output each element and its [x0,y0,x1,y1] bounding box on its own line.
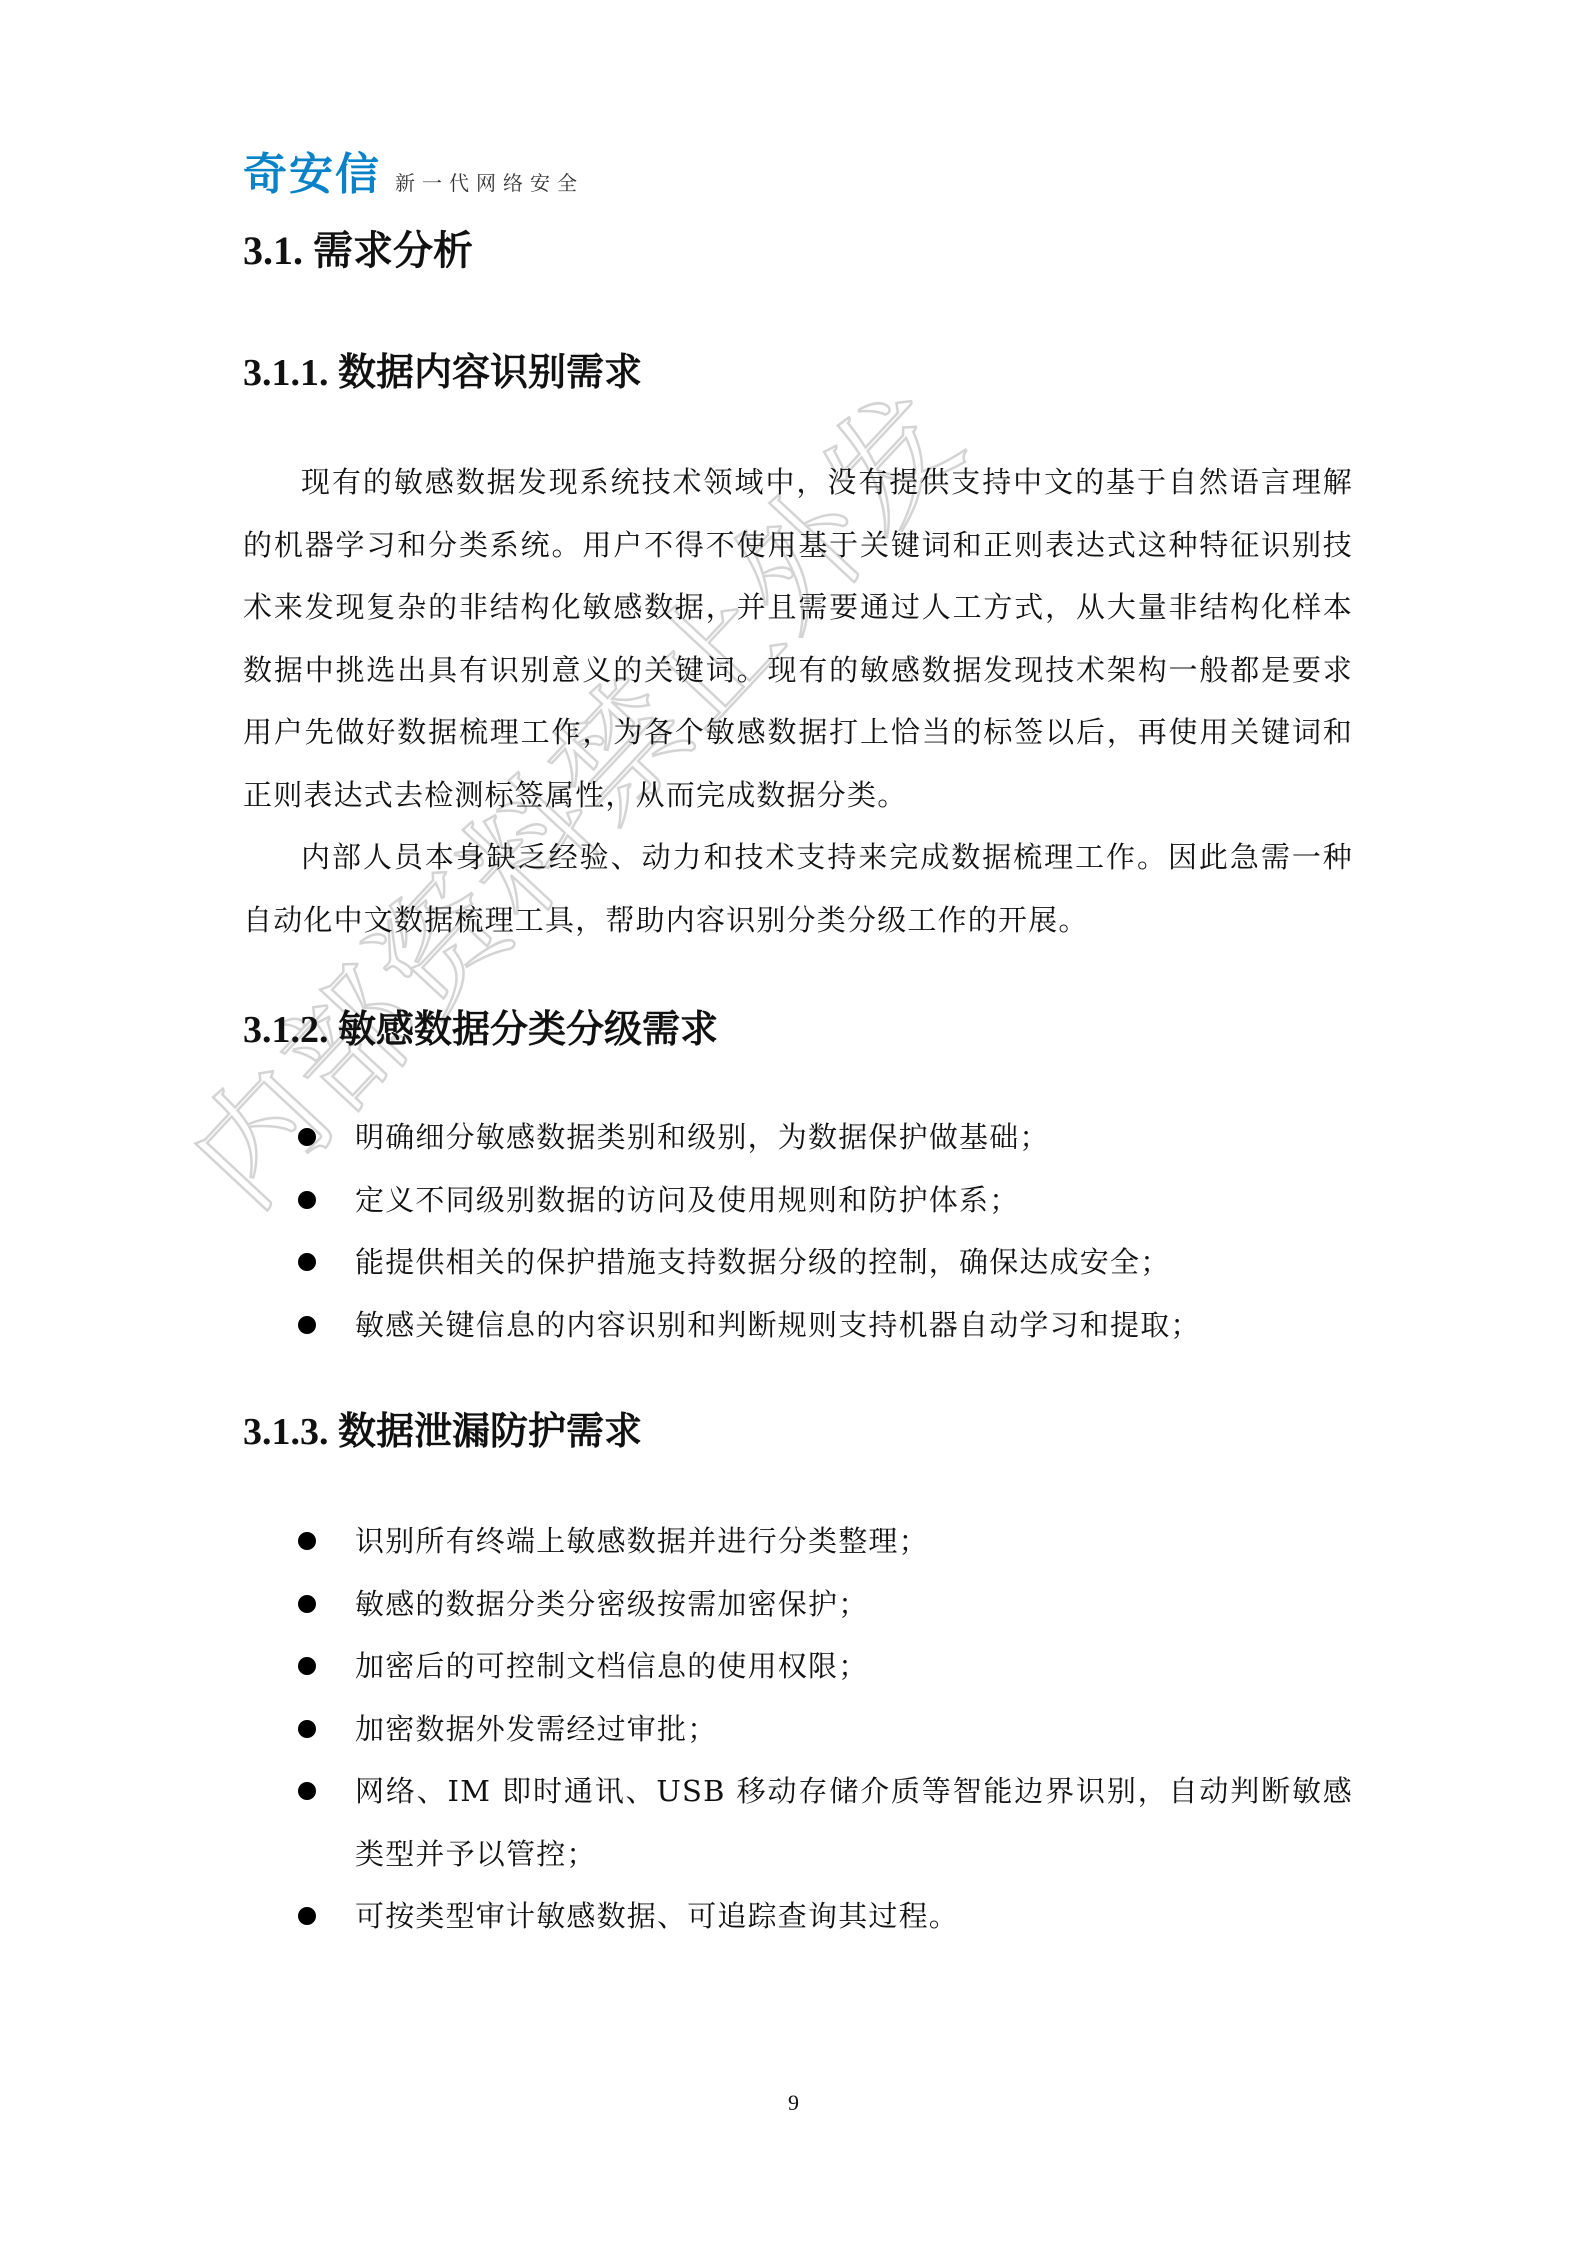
bullet-icon [298,1657,316,1675]
list-item: 加密后的可控制文档信息的使用权限； [243,1635,1353,1698]
list-item: 识别所有终端上敏感数据并进行分类整理； [243,1510,1353,1573]
company-logo: 奇安信 [243,150,381,200]
paragraph: 现有的敏感数据发现系统技术领域中，没有提供支持中文的基于自然语言理解的机器学习和… [243,451,1353,826]
paragraph: 内部人员本身缺乏经验、动力和技术支持来完成数据梳理工作。因此急需一种自动化中文数… [243,826,1353,951]
list-item: 明确细分敏感数据类别和级别，为数据保护做基础； [243,1106,1353,1169]
list-item-text: 明确细分敏感数据类别和级别，为数据保护做基础； [355,1120,1050,1154]
list-item-text: 敏感关键信息的内容识别和判断规则支持机器自动学习和提取； [355,1308,1201,1342]
bullet-icon [298,1128,316,1146]
list-item: 加密数据外发需经过审批； [243,1698,1353,1761]
list-item: 敏感的数据分类分密级按需加密保护； [243,1573,1353,1636]
subsection-title-content-recognition: 3.1.1. 数据内容识别需求 [243,346,642,400]
subsection-title-classification: 3.1.2. 敏感数据分类分级需求 [243,1003,718,1057]
section-title: 3.1. 需求分析 [243,224,473,278]
bullet-icon [298,1720,316,1738]
list-item-text: 能提供相关的保护措施支持数据分级的控制，确保达成安全； [355,1245,1170,1279]
list-item-text: 识别所有终端上敏感数据并进行分类整理； [355,1524,929,1558]
bullet-icon [298,1191,316,1209]
bullet-icon [298,1316,316,1334]
list-item: 敏感关键信息的内容识别和判断规则支持机器自动学习和提取； [243,1294,1353,1357]
page-number: 9 [0,2090,1587,2116]
page-header: 奇安信 新一代网络安全 [243,150,584,200]
list-item-text: 加密数据外发需经过审批； [355,1712,717,1746]
list-item-text: 定义不同级别数据的访问及使用规则和防护体系； [355,1183,1019,1217]
list-item: 能提供相关的保护措施支持数据分级的控制，确保达成安全； [243,1231,1353,1294]
company-slogan: 新一代网络安全 [395,167,584,196]
list-item-text: 加密后的可控制文档信息的使用权限； [355,1649,868,1683]
list-item: 定义不同级别数据的访问及使用规则和防护体系； [243,1169,1353,1232]
document-page: 内部资料禁止外发 奇安信 新一代网络安全 3.1. 需求分析 3.1.1. 数据… [0,0,1587,2245]
list-item-text: 敏感的数据分类分密级按需加密保护； [355,1587,868,1621]
bullet-icon [298,1532,316,1550]
bullet-list-leak-prevention: 识别所有终端上敏感数据并进行分类整理； 敏感的数据分类分密级按需加密保护； 加密… [243,1510,1353,1948]
list-item: 网络、IM 即时通讯、USB 移动存储介质等智能边界识别，自动判断敏感类型并予以… [243,1760,1353,1885]
list-item: 可按类型审计敏感数据、可追踪查询其过程。 [243,1885,1353,1948]
bullet-list-classification: 明确细分敏感数据类别和级别，为数据保护做基础； 定义不同级别数据的访问及使用规则… [243,1106,1353,1356]
bullet-icon [298,1253,316,1271]
bullet-icon [298,1595,316,1613]
bullet-icon [298,1782,316,1800]
bullet-icon [298,1907,316,1925]
subsection-title-leak-prevention: 3.1.3. 数据泄漏防护需求 [243,1405,642,1459]
list-item-text: 可按类型审计敏感数据、可追踪查询其过程。 [355,1899,959,1933]
list-item-text: 网络、IM 即时通讯、USB 移动存储介质等智能边界识别，自动判断敏感类型并予以… [355,1774,1353,1871]
